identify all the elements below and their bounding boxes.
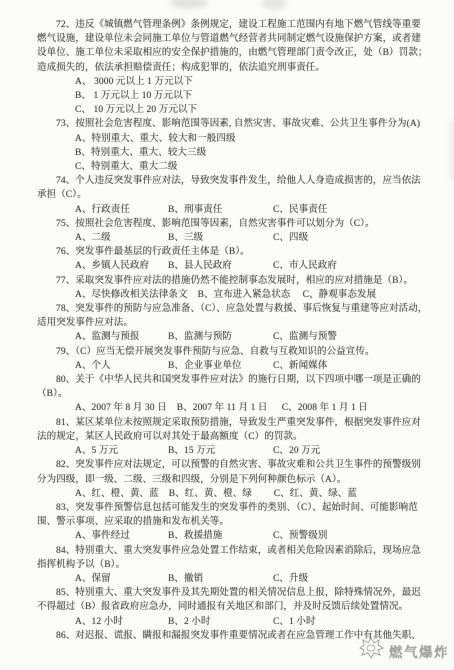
option-B: B、红、黄、橙、绿 (169, 487, 264, 501)
option-B: B、宣布进入紧急状态 (198, 288, 293, 302)
option-row: A、保留B、撤销C、升级 (37, 572, 423, 586)
option-row: A、二级B、三级C、四级 (37, 231, 423, 245)
option-row: A、红、橙、黄、蓝B、红、黄、橙、绿C、红、黄、绿、蓝 (37, 487, 423, 501)
question-line: 79、（C）应当无偿开展突发事件预防与应急、自救与互救知识的公益宣传。 (37, 345, 423, 359)
scan-artifact (262, 0, 286, 10)
question-line: 78、突发事件的预防与应急准备、（C）、应急处置与救援、事后恢复与重建等应对活动… (37, 302, 423, 316)
question-continuation-line: A、特别重大、重大、较大和一般四级 (37, 132, 423, 146)
scan-artifact (450, 120, 454, 180)
document-lines: 72、违反《城镇燃气管理条例》条例规定，建设工程施工范围内有地下燃气管线等重要燃… (37, 18, 423, 643)
question-continuation-line: 不得超过（B）报省政府应急办，同时通报有关地区和部门，并及时反馈后续处置情况。 (37, 600, 423, 614)
question-line: 81、某区某单位未按照规定采取预防措施，导致发生严重突发事件，根据突发事件应对 (37, 416, 423, 430)
question-line: 76、突发事件最基层的行政责任主体是（B）。 (37, 245, 423, 259)
question-continuation-line: C、 10 万元以上 20 万元以下 (37, 103, 423, 117)
watermark-text: 燃气爆炸 (389, 641, 449, 661)
explosion-cloud-icon (356, 636, 386, 665)
option-A: A、行政责任 (75, 203, 158, 217)
question-continuation-line: （B）。 (37, 387, 423, 401)
option-B: B、监测与预防 (168, 330, 263, 344)
question-continuation-line: 燃气设施，建设单位未会同施工单位与管道燃气经营者共同制定燃气设施保护方案，或者建 (37, 32, 423, 46)
question-continuation-line: 设单位、施工单位未采取相应的安全保护措施的，由燃气管理部门责令改正，处（B）罚款… (37, 46, 423, 60)
option-row: A、2007 年 8 月 30 日B、2007 年 11 月 1 日C、2008… (37, 401, 423, 415)
option-B: B、撤销 (168, 572, 263, 586)
option-A: A、尽快修改相关法律条文 (75, 288, 188, 302)
option-C: C、升级 (273, 572, 308, 586)
option-A: A、红、橙、黄、蓝 (75, 487, 159, 501)
option-C: C、红、黄、绿、蓝 (274, 487, 357, 501)
question-line: 80、关于《中华人民共和国突发事件应对法》的施行日期，以下四项中哪一项是正确的 (37, 373, 423, 387)
option-B: B、15 万元 (168, 444, 263, 458)
option-A: A、个人 (75, 359, 158, 373)
question-continuation-line: 适用突发事件应对法。 (37, 316, 423, 330)
question-line: 75、按照社会危害程度、影响范围等因素，自然灾害事件可以划分为（C）。 (37, 217, 423, 231)
scan-artifact (170, 0, 208, 9)
option-B: B、企业事业单位 (168, 359, 263, 373)
question-continuation-line: 法的规定，某区人民政府可以对其处于最高额度（C）的罚款。 (37, 430, 423, 444)
option-C: C、2008 年 1 月 1 日 (282, 401, 368, 415)
option-A: A、二级 (75, 231, 158, 245)
option-B: B、2 小时 (168, 615, 263, 629)
question-continuation-line: 造成损失的，依法承担赔偿责任；构成犯罪的，依法追究刑事责任。 (37, 61, 423, 75)
option-A: A、事件经过 (75, 529, 158, 543)
question-line: 73、按照社会危害程度、影响范围等因素, 自然灾害、事故灾难、公共卫生事件分为(… (37, 117, 423, 131)
question-continuation-line: 承担（C）。 (37, 188, 423, 202)
option-C: C、1 小时 (273, 615, 316, 629)
option-A: A、保留 (75, 572, 158, 586)
option-row: A、12 小时B、2 小时C、1 小时 (37, 615, 423, 629)
option-row: A、个人B、企业事业单位C、新闻媒体 (37, 359, 423, 373)
option-B: B、刑事责任 (168, 203, 263, 217)
option-C: C、市人民政府 (273, 259, 337, 273)
option-B: B、2007 年 11 月 1 日 (177, 401, 272, 415)
option-A: A、2007 年 8 月 30 日 (75, 401, 167, 415)
question-line: 85、特别重大、重大突发事件及其先期处置的相关情况信息上报，除特殊情况外，最迟 (37, 586, 423, 600)
option-C: C、民事责任 (273, 203, 327, 217)
option-C: C、静观事态发展 (303, 288, 377, 302)
option-row: A、行政责任B、刑事责任C、民事责任 (37, 203, 423, 217)
option-A: A、乡镇人民政府 (75, 259, 158, 273)
option-C: C、预警级别 (273, 529, 327, 543)
option-C: C、20 万元 (273, 444, 320, 458)
option-row: A、乡镇人民政府B、县人民政府C、市人民政府 (37, 259, 423, 273)
question-continuation-line: 分为四级，即一级、二级、三级和四级，分别是下列何种颜色标示（A）。 (37, 473, 423, 487)
option-A: A、5 万元 (75, 444, 158, 458)
question-line: 77、采取突发事件应对法的措施仍然不能控制事态发展时，相应的应对措施是（B）。 (37, 274, 423, 288)
option-B: B、三级 (168, 231, 263, 245)
option-row: A、事件经过B、救援措施C、预警级别 (37, 529, 423, 543)
question-continuation-line: B、特别重大、重大、较大三级 (37, 146, 423, 160)
option-A: A、12 小时 (75, 615, 158, 629)
option-B: B、救援措施 (168, 529, 263, 543)
question-line: 74、个人违反突发事件应对法，导致突发事件发生，给他人人身造成损害的，应当依法 (37, 174, 423, 188)
question-continuation-line: C、特别重大、重大二级 (37, 160, 423, 174)
option-row: A、尽快修改相关法律条文B、宣布进入紧急状态C、静观事态发展 (37, 288, 423, 302)
question-line: 83、突发事件预警信息包括可能发生的突发事件的类别、（C）、起始时间、可能影响范 (37, 501, 423, 515)
option-row: A、5 万元B、15 万元C、20 万元 (37, 444, 423, 458)
option-row: A、监测与预报B、监测与预防C、监测与预警 (37, 330, 423, 344)
question-line: 82、突发事件应对法规定，可以预警的自然灾害、事故灾难和公共卫生事件的预警级别 (37, 458, 423, 472)
question-line: 72、违反《城镇燃气管理条例》条例规定，建设工程施工范围内有地下燃气管线等重要 (37, 18, 423, 32)
scanned-exam-page: 72、违反《城镇燃气管理条例》条例规定，建设工程施工范围内有地下燃气管线等重要燃… (0, 0, 454, 670)
option-B: B、县人民政府 (168, 259, 263, 273)
question-continuation-line: 指挥机构予以（B）。 (37, 558, 423, 572)
option-A: A、监测与预报 (75, 330, 158, 344)
option-C: C、监测与预警 (273, 330, 337, 344)
option-C: C、新闻媒体 (273, 359, 327, 373)
watermark: 燃气爆炸 (356, 636, 449, 665)
question-continuation-line: B、 1 万元以上 10 万元以下 (37, 89, 423, 103)
question-continuation-line: 围、警示事项、应采取的措施和发布机关等。 (37, 515, 423, 529)
question-line: 84、特别重大、重大突发事件应急处置工作结束，或者相关危险因素消除后，现场应急 (37, 544, 423, 558)
option-C: C、四级 (273, 231, 308, 245)
question-continuation-line: A、 3000 元以上 1 万元以下 (37, 75, 423, 89)
